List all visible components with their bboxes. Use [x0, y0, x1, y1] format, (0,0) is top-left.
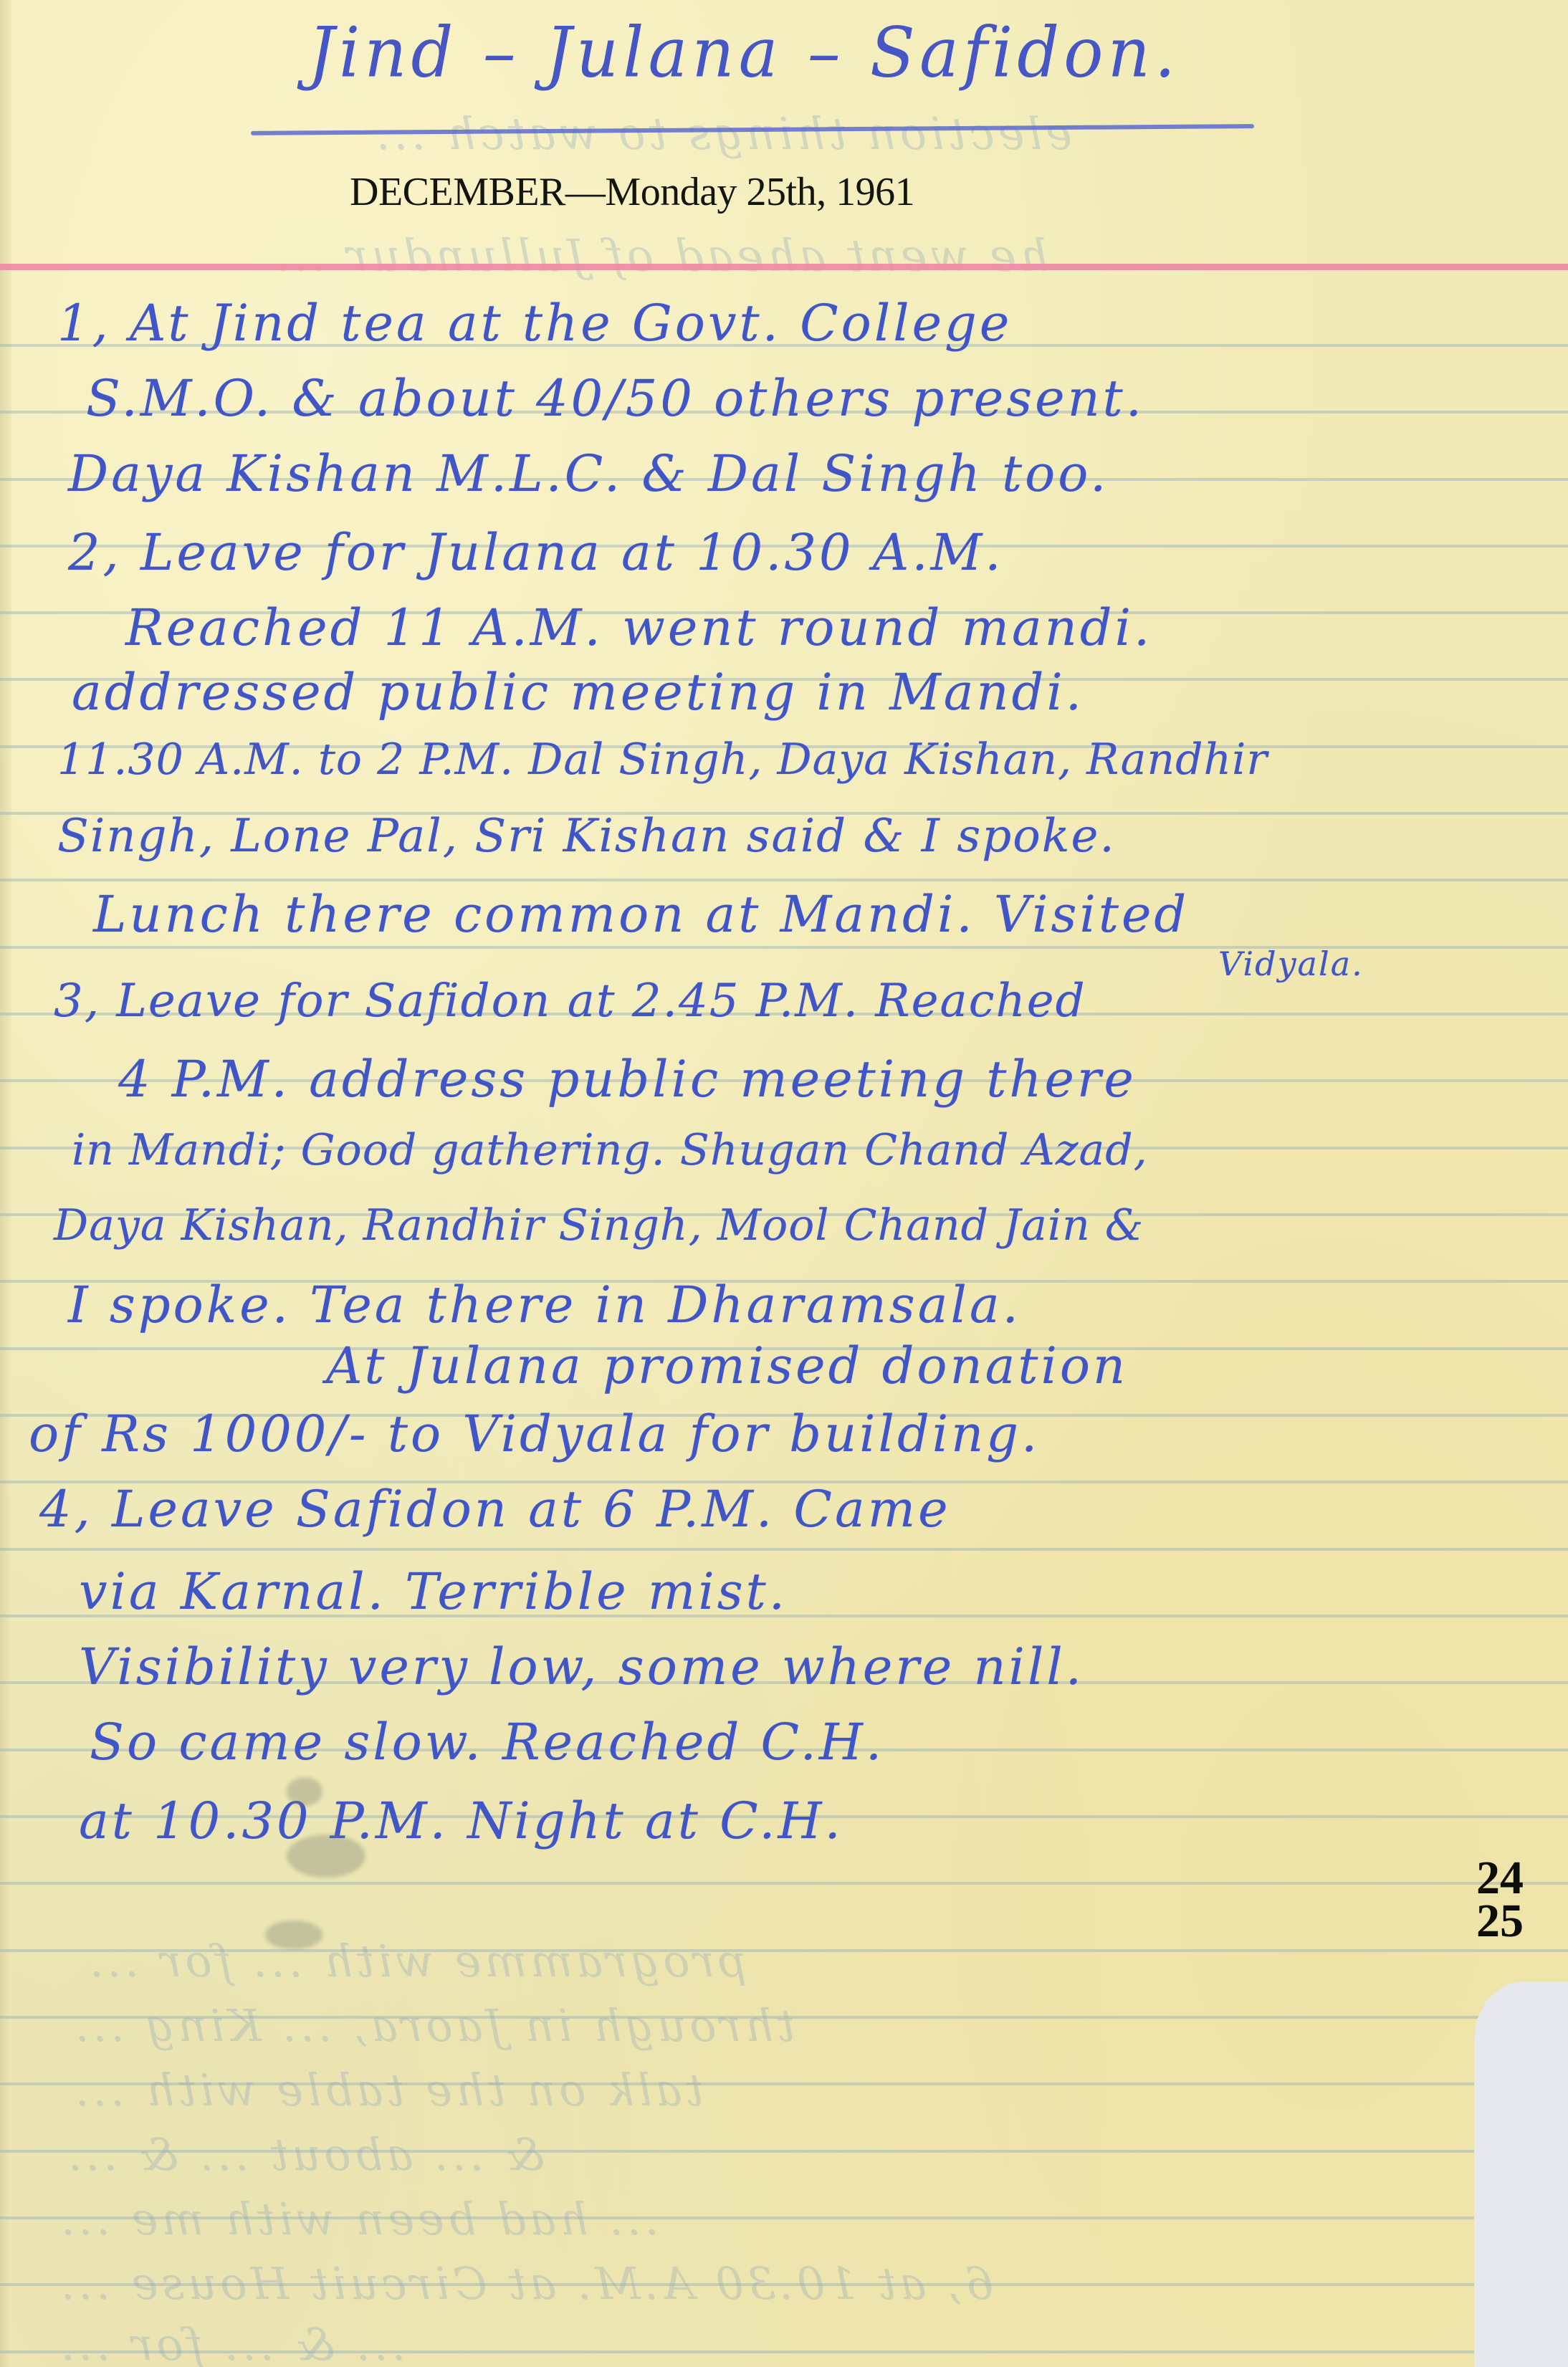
bleed-through-text: talk on the table with ... — [72, 2064, 704, 2116]
entry-line: via Karnal. Terrible mist. — [79, 1562, 788, 1621]
bleed-through-text: 6, at 10.30 A.M. at Circuit House ... — [57, 2257, 993, 2310]
ruled-line — [0, 1548, 1568, 1551]
entry-line: I spoke. Tea there in Dharamsala. — [68, 1276, 1021, 1334]
entry-line: 4, Leave Safidon at 6 P.M. Came — [39, 1480, 951, 1539]
diary-page: election things to watch ... he went ahe… — [0, 0, 1568, 2367]
bleed-through-text: & ... about ... & ... — [64, 2128, 545, 2181]
trip-title: Jind – Julana – Safidon. — [308, 12, 1180, 92]
entry-line: At Julana promised donation — [326, 1336, 1128, 1395]
water-stain — [287, 1777, 322, 1806]
entry-line: Singh, Lone Pal, Sri Kishan said & I spo… — [57, 810, 1116, 863]
bleed-through-text: through in Jaora, ... King ... — [72, 1999, 795, 2052]
entry-line: Lunch there common at Mandi. Visited — [93, 885, 1189, 944]
entry-line: 1, At Jind tea at the Govt. College — [57, 294, 1012, 353]
bleed-through-text: ... had been with me ... — [57, 2193, 659, 2245]
page-binding-edge — [0, 0, 11, 2367]
header-rule — [0, 264, 1568, 270]
bleed-through-text: programme with ... for ... — [86, 1935, 747, 1987]
entry-line: Daya Kishan M.L.C. & Dal Singh too. — [68, 444, 1109, 503]
entry-line: at 10.30 P.M. Night at C.H. — [79, 1792, 843, 1850]
entry-line: of Rs 1000/- to Vidyala for building. — [29, 1405, 1040, 1463]
entry-line: in Mandi; Good gathering. Shugan Chand A… — [72, 1125, 1148, 1175]
entry-line: So came slow. Reached C.H. — [90, 1713, 884, 1771]
entry-line: S.M.O. & about 40/50 others present. — [86, 369, 1144, 428]
bleed-through-text: he went ahead of Jullundur ... — [272, 229, 1048, 282]
entry-line: Reached 11 A.M. went round mandi. — [125, 598, 1152, 657]
entry-line: Visibility very low, some where nill. — [79, 1637, 1084, 1696]
entry-line: 4 P.M. address public meeting there — [118, 1050, 1137, 1109]
entry-line: 2, Leave for Julana at 10.30 A.M. — [68, 523, 1004, 582]
bleed-through-text: ... & ... for ... — [57, 2318, 406, 2367]
entry-line: 3, Leave for Safidon at 2.45 P.M. Reache… — [54, 975, 1086, 1028]
underlying-page — [1474, 1981, 1568, 2367]
page-number-current: 25 — [1476, 1898, 1524, 1945]
entry-insert: Vidyala. — [1218, 945, 1364, 983]
water-stain — [287, 1835, 365, 1878]
date-header: DECEMBER—Monday 25th, 1961 — [350, 169, 914, 215]
entry-line: Daya Kishan, Randhir Singh, Mool Chand J… — [54, 1200, 1144, 1251]
water-stain — [265, 1921, 322, 1949]
ruled-line — [0, 1882, 1568, 1885]
entry-line: 11.30 A.M. to 2 P.M. Dal Singh, Daya Kis… — [57, 735, 1268, 785]
entry-line: addressed public meeting in Mandi. — [72, 663, 1084, 722]
ruled-line — [0, 879, 1568, 881]
